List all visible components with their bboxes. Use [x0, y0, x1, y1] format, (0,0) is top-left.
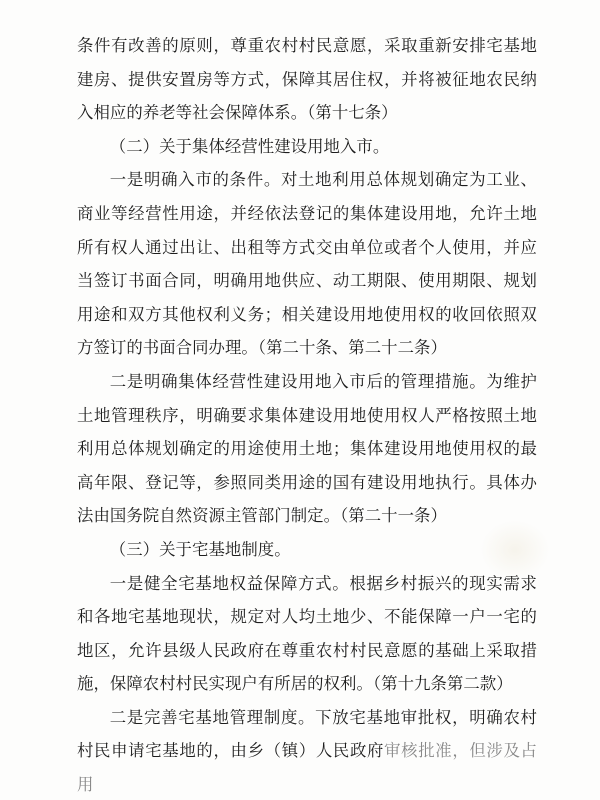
- paragraph: 二是完善宅基地管理制度。下放宅基地审批权，明确农村村民申请宅基地的，由乡（镇）人…: [77, 701, 537, 800]
- document-page: 条件有改善的原则，尊重农村村民意愿，采取重新安排宅基地建房、提供安置房等方式，保…: [0, 0, 600, 800]
- paragraph: 条件有改善的原则，尊重农村村民意愿，采取重新安排宅基地建房、提供安置房等方式，保…: [77, 29, 537, 130]
- paragraph: 一是健全宅基地权益保障方式。根据乡村振兴的现实需求和各地宅基地现状，规定对人均土…: [77, 567, 537, 701]
- document-text: 条件有改善的原则，尊重农村村民意愿，采取重新安排宅基地建房、提供安置房等方式，保…: [77, 29, 537, 800]
- paragraph: 一是明确入市的条件。对土地利用总体规划确定为工业、商业等经营性用途，并经依法登记…: [77, 163, 537, 365]
- paragraph-section-heading: （二）关于集体经营性建设用地入市。: [77, 130, 537, 164]
- paragraph-section-heading: （三）关于宅基地制度。: [77, 533, 537, 567]
- paragraph: 二是明确集体经营性建设用地入市后的管理措施。为维护土地管理秩序，明确要求集体建设…: [77, 365, 537, 533]
